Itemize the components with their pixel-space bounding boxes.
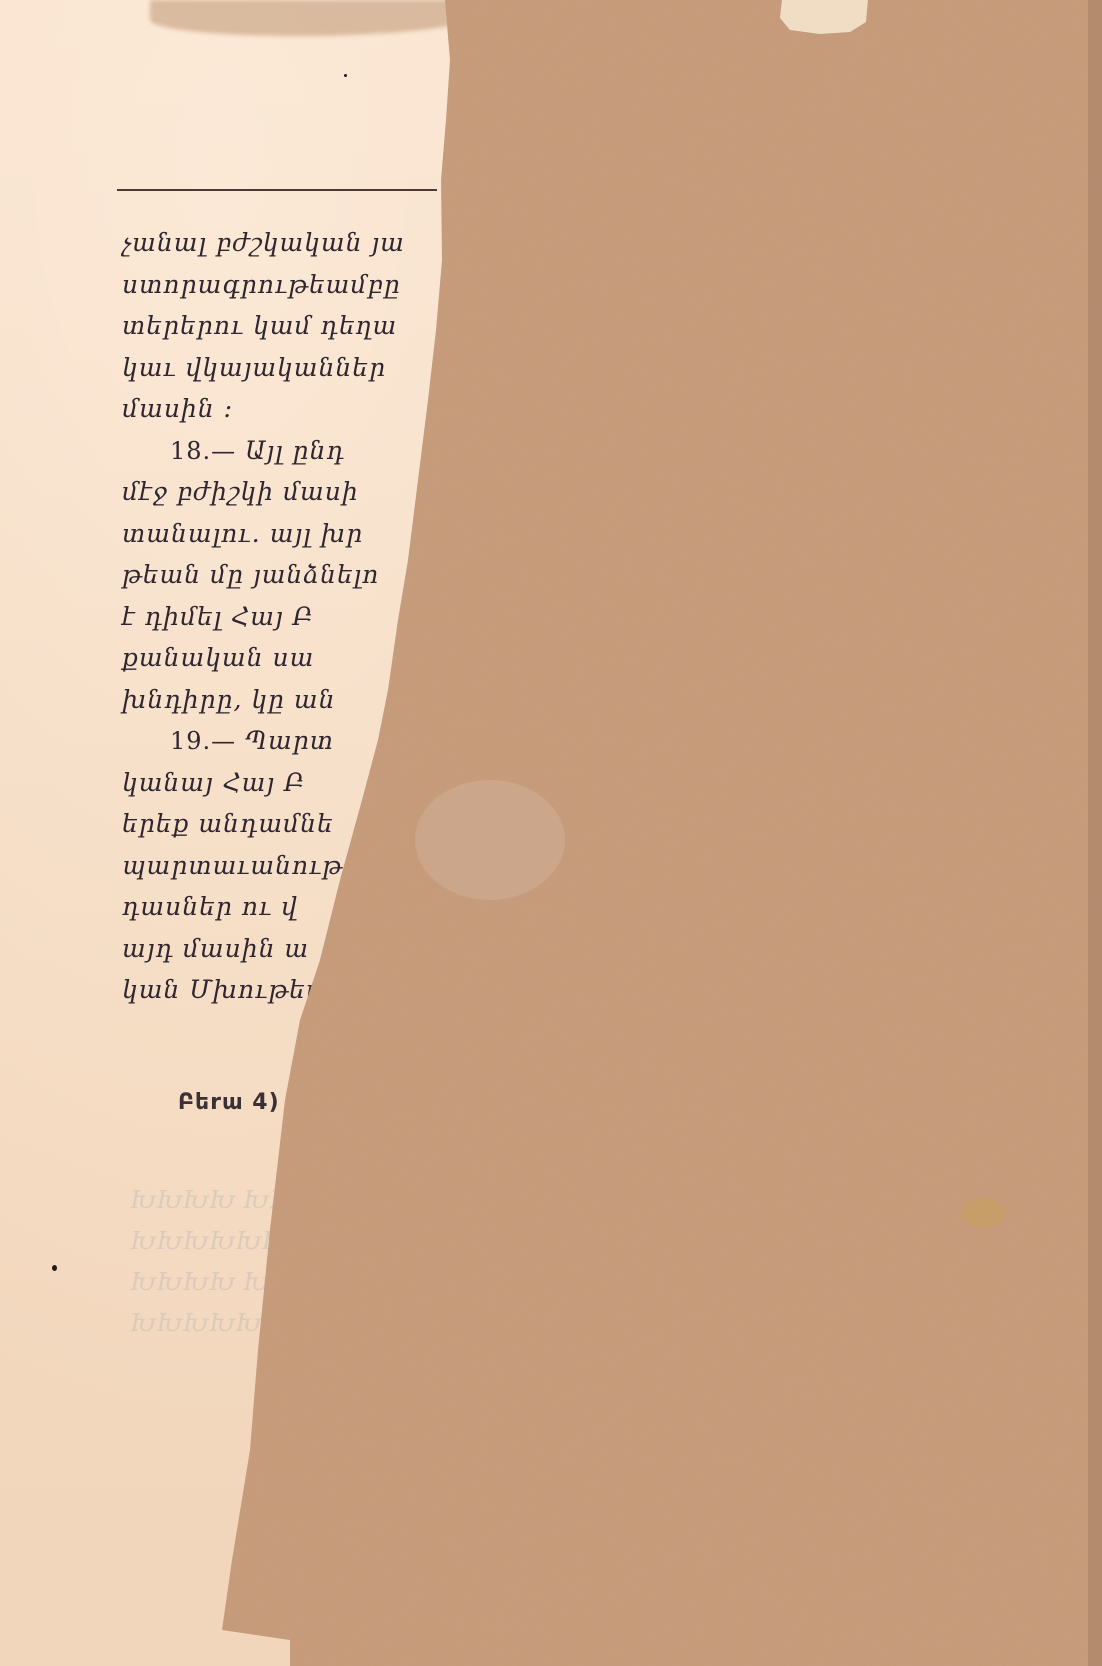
torn-paper-overlay [0,0,1102,1666]
